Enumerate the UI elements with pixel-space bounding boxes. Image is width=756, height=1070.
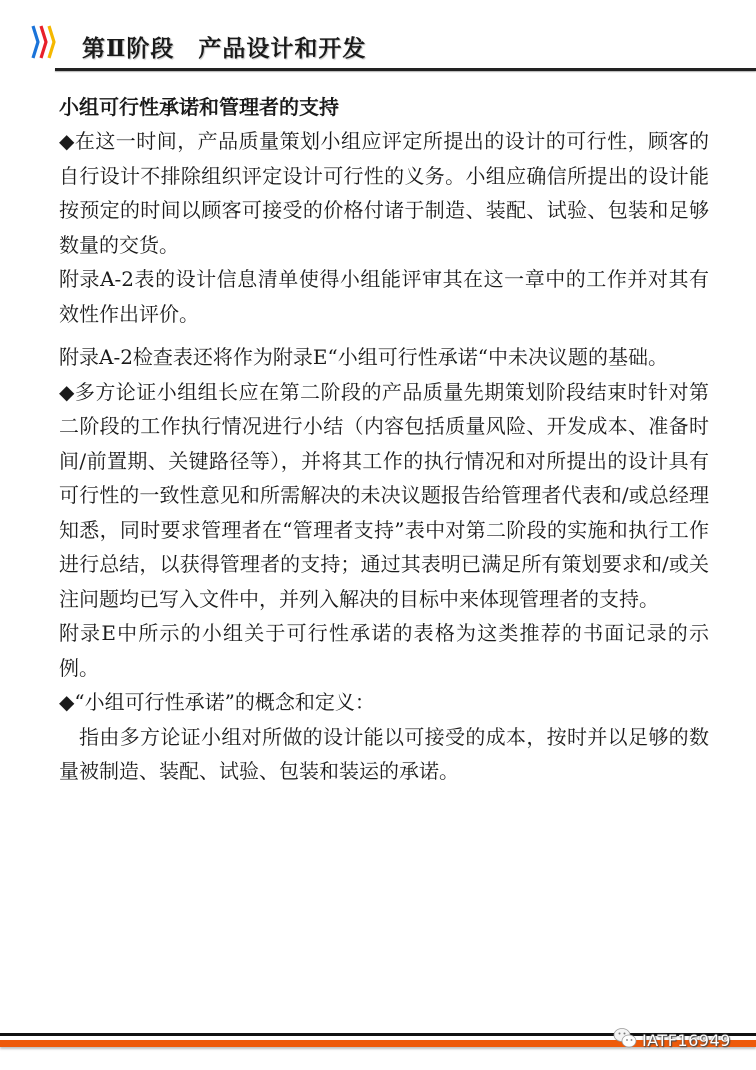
chevron-logo-icon bbox=[31, 24, 57, 60]
paragraph-feasibility-assessment: ◆在这一时间，产品质量策划小组应评定所提出的设计的可行性，顾客的自行设计不排除组… bbox=[59, 124, 709, 262]
page-header-title: 第Ⅱ阶段 产品设计和开发 bbox=[82, 30, 366, 63]
document-body: 小组可行性承诺和管理者的支持 ◆在这一时间，产品质量策划小组应评定所提出的设计的… bbox=[59, 90, 709, 789]
paragraph-design-checklist: 附录A-2表的设计信息清单使得小组能评审其在这一章中的工作并对其有效性作出评价。 bbox=[59, 262, 709, 331]
section-title: 小组可行性承诺和管理者的支持 bbox=[59, 90, 709, 124]
wechat-icon bbox=[612, 1026, 638, 1054]
paragraph-definition: 指由多方论证小组对所做的设计能以可接受的成本，按时并以足够的数量被制造、装配、试… bbox=[59, 720, 709, 789]
paragraph-appendix-e: 附录E中所示的小组关于可行性承诺的表格为这类推荐的书面记录的示例。 bbox=[59, 616, 709, 685]
watermark: IATF16949 bbox=[612, 1027, 731, 1053]
paragraph-leader-summary: ◆多方论证小组组长应在第二阶段的产品质量先期策划阶段结束时针对第二阶段的工作执行… bbox=[59, 375, 709, 617]
header-divider bbox=[55, 68, 756, 71]
paragraph-definition-heading: ◆“小组可行性承诺”的概念和定义： bbox=[59, 685, 709, 720]
paragraph-checklist-basis: 附录A-2检查表还将作为附录E“小组可行性承诺“中未决议题的基础。 bbox=[59, 340, 709, 375]
watermark-text: IATF16949 bbox=[642, 1031, 731, 1050]
